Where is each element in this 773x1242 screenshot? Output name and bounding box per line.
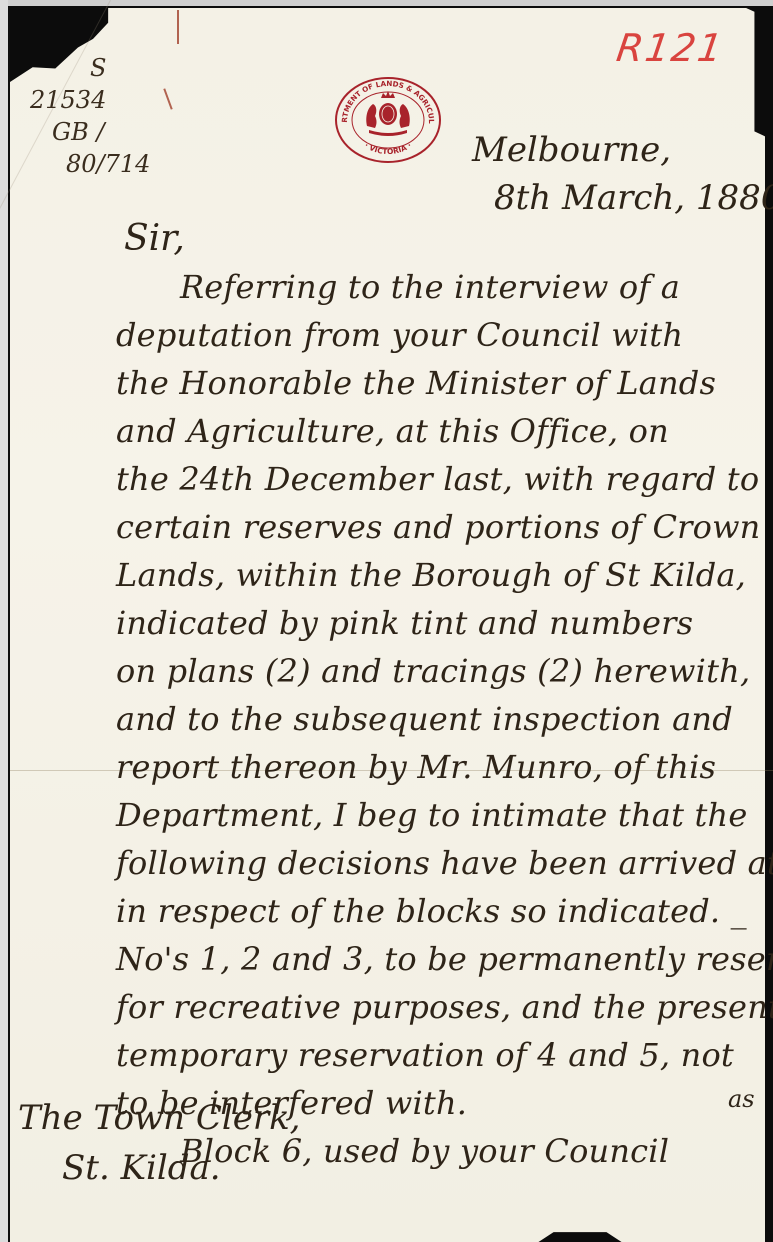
- registry-mark: GB /: [30, 116, 150, 148]
- body-line: Referring to the interview of a: [180, 268, 680, 306]
- letter-date: 8th March, 1880.: [494, 178, 773, 218]
- registry-mark: 21534: [30, 84, 150, 116]
- salutation: Sir,: [124, 218, 185, 259]
- body-line: for recreative purposes, and the present: [116, 988, 773, 1026]
- letter-place: Melbourne,: [472, 130, 671, 170]
- addressee-place: St. Kilda.: [62, 1148, 221, 1188]
- registry-marks: S 21534 GB / 80/714: [30, 52, 150, 180]
- body-line: and Agriculture, at this Office, on: [116, 412, 669, 450]
- body-line: the 24th December last, with regard to: [116, 460, 759, 498]
- body-line: Department, I beg to intimate that the: [116, 796, 748, 834]
- department-seal-icon: DEPARTMENT OF LANDS & AGRICULTURE · VICT…: [333, 74, 443, 164]
- body-line: indicated by pink tint and numbers: [116, 604, 693, 642]
- body-line: on plans (2) and tracings (2) herewith,: [116, 652, 750, 690]
- scanner-frame-left: [0, 0, 8, 1242]
- registry-mark: S: [30, 52, 150, 84]
- addressee-title: The Town Clerk,: [18, 1098, 301, 1138]
- catch-word: as: [728, 1085, 755, 1113]
- body-line: Lands, within the Borough of St Kilda,: [116, 556, 746, 594]
- body-line: following decisions have been arrived at: [116, 844, 773, 882]
- body-line: report thereon by Mr. Munro, of this: [116, 748, 716, 786]
- body-line: and to the subsequent inspection and: [116, 700, 733, 738]
- body-line: temporary reservation of 4 and 5, not: [116, 1036, 734, 1074]
- body-line: the Honorable the Minister of Lands: [116, 364, 716, 402]
- body-line: in respect of the blocks so indicated. _: [116, 892, 747, 930]
- svg-text:· VICTORIA ·: · VICTORIA ·: [363, 141, 413, 157]
- archive-reference: R121: [614, 26, 727, 70]
- red-pencil-mark: [177, 10, 179, 44]
- body-line: deputation from your Council with: [116, 316, 683, 354]
- body-line: No's 1, 2 and 3, to be permanently reser…: [116, 940, 773, 978]
- body-line: certain reserves and portions of Crown: [116, 508, 761, 546]
- registry-mark: 80/714: [30, 148, 150, 180]
